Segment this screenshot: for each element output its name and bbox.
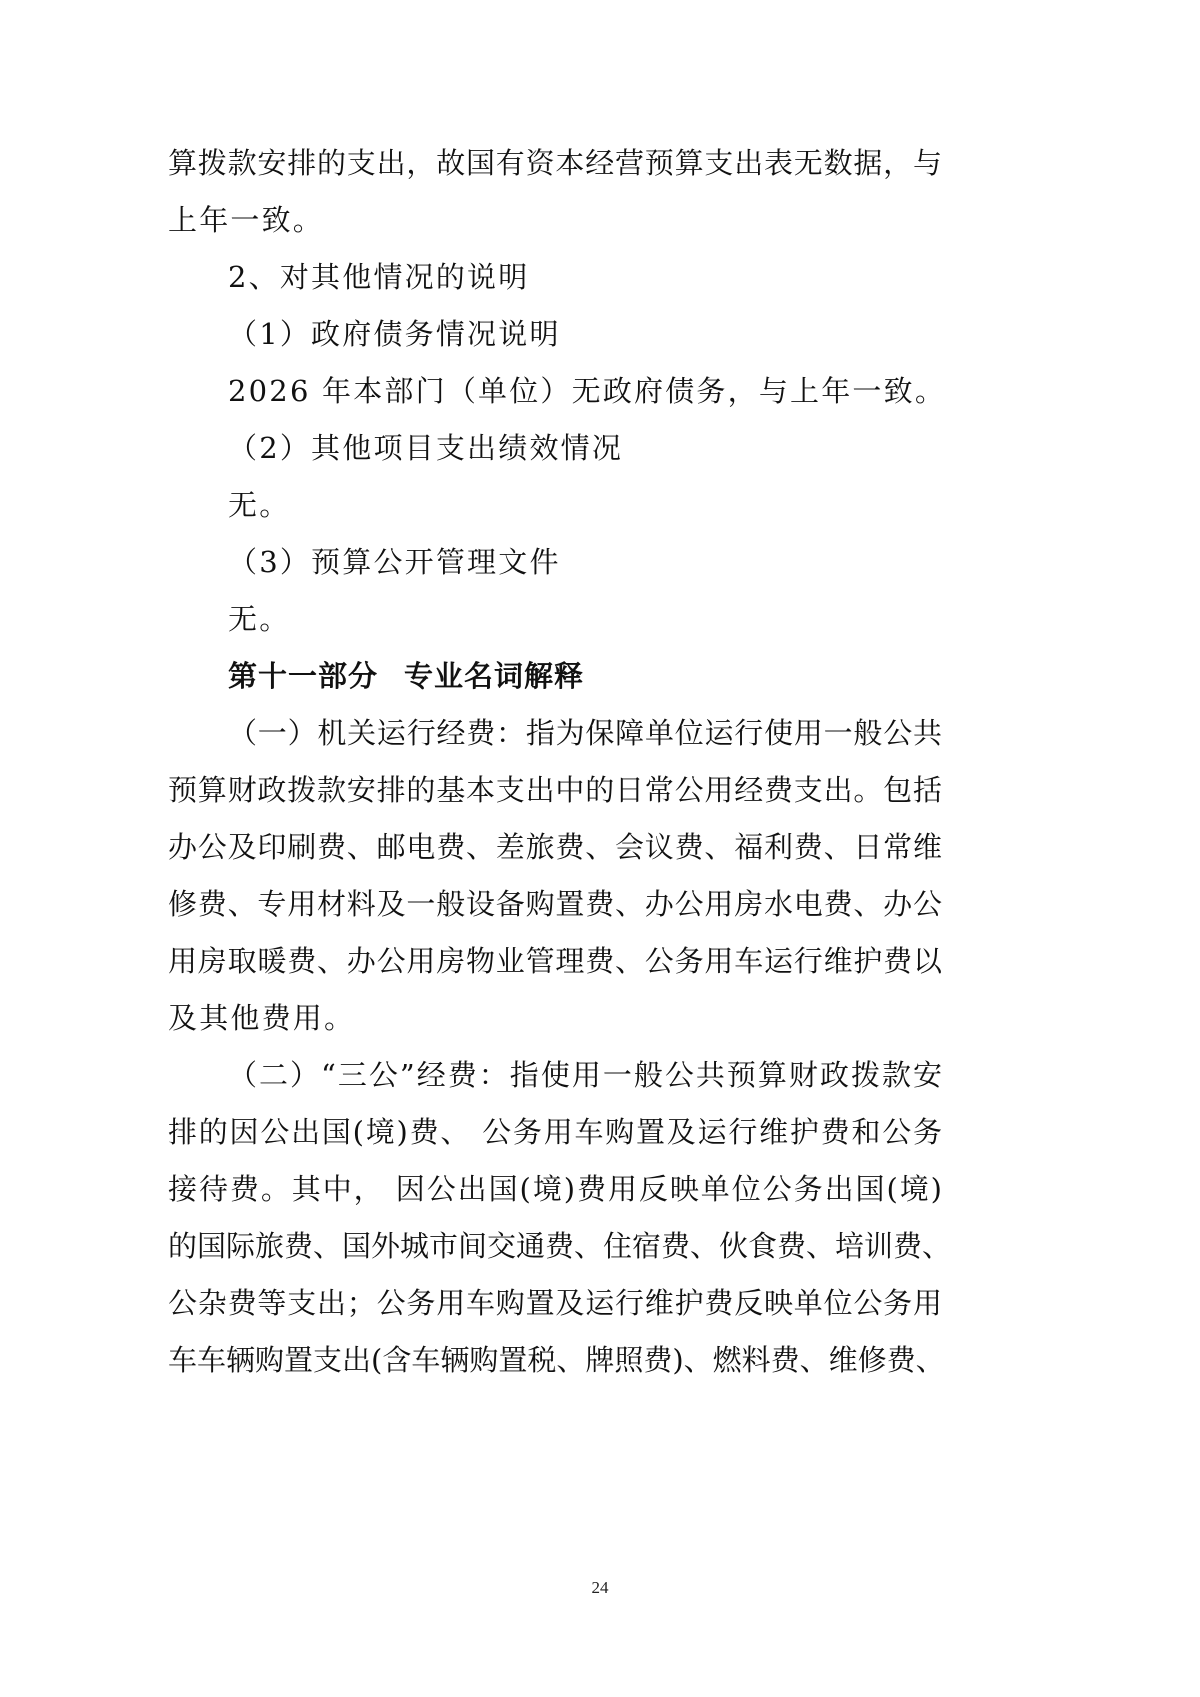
definition-line: 车车辆购置支出(含车辆购置税、牌照费)、燃料费、维修费、 bbox=[168, 1340, 942, 1380]
item-heading-government-debt: （1）政府债务情况说明 bbox=[228, 314, 942, 354]
document-page: 算拨款安排的支出，故国有资本经营预算支出表无数据，与 上年一致。 2、对其他情况… bbox=[0, 0, 1200, 1697]
paragraph-line: 2026 年本部门（单位）无政府债务，与上年一致。 bbox=[228, 371, 942, 411]
definition-line: 预算财政拨款安排的基本支出中的日常公用经费支出。包括 bbox=[168, 770, 942, 810]
definition-line: 修费、专用材料及一般设备购置费、办公用房水电费、办公 bbox=[168, 884, 942, 924]
paragraph-line: 无。 bbox=[228, 599, 942, 639]
item-heading-project-performance: （2）其他项目支出绩效情况 bbox=[228, 428, 942, 468]
definition-line: 排的因公出国(境)费、 公务用车购置及运行维护费和公务 bbox=[168, 1112, 942, 1152]
item-heading-budget-disclosure-files: （3）预算公开管理文件 bbox=[228, 542, 942, 582]
section-title: 专业名词解释 bbox=[404, 659, 584, 693]
paragraph-line: 上年一致。 bbox=[168, 200, 942, 240]
definition-line: 公杂费等支出；公务用车购置及运行维护费反映单位公务用 bbox=[168, 1283, 942, 1323]
definition-line: 用房取暖费、办公用房物业管理费、公务用车运行维护费以 bbox=[168, 941, 942, 981]
definition-line: 办公及印刷费、邮电费、差旅费、会议费、福利费、日常维 bbox=[168, 827, 942, 867]
definition-line: 及其他费用。 bbox=[168, 998, 942, 1038]
subsection-heading-other-notes: 2、对其他情况的说明 bbox=[228, 257, 942, 297]
page-number: 24 bbox=[0, 1578, 1200, 1598]
definition-line: （二）“三公”经费：指使用一般公共预算财政拨款安 bbox=[228, 1055, 942, 1095]
section-part-label: 第十一部分 bbox=[228, 659, 378, 693]
definition-line: 的国际旅费、国外城市间交通费、住宿费、伙食费、培训费、 bbox=[168, 1226, 942, 1266]
definition-line: （一）机关运行经费：指为保障单位运行使用一般公共 bbox=[228, 713, 942, 753]
paragraph-line: 算拨款安排的支出，故国有资本经营预算支出表无数据，与 bbox=[168, 143, 942, 183]
paragraph-line: 无。 bbox=[228, 485, 942, 525]
section-heading: 第十一部分专业名词解释 bbox=[228, 656, 1002, 696]
definition-line: 接待费。其中， 因公出国(境)费用反映单位公务出国(境) bbox=[168, 1169, 942, 1209]
